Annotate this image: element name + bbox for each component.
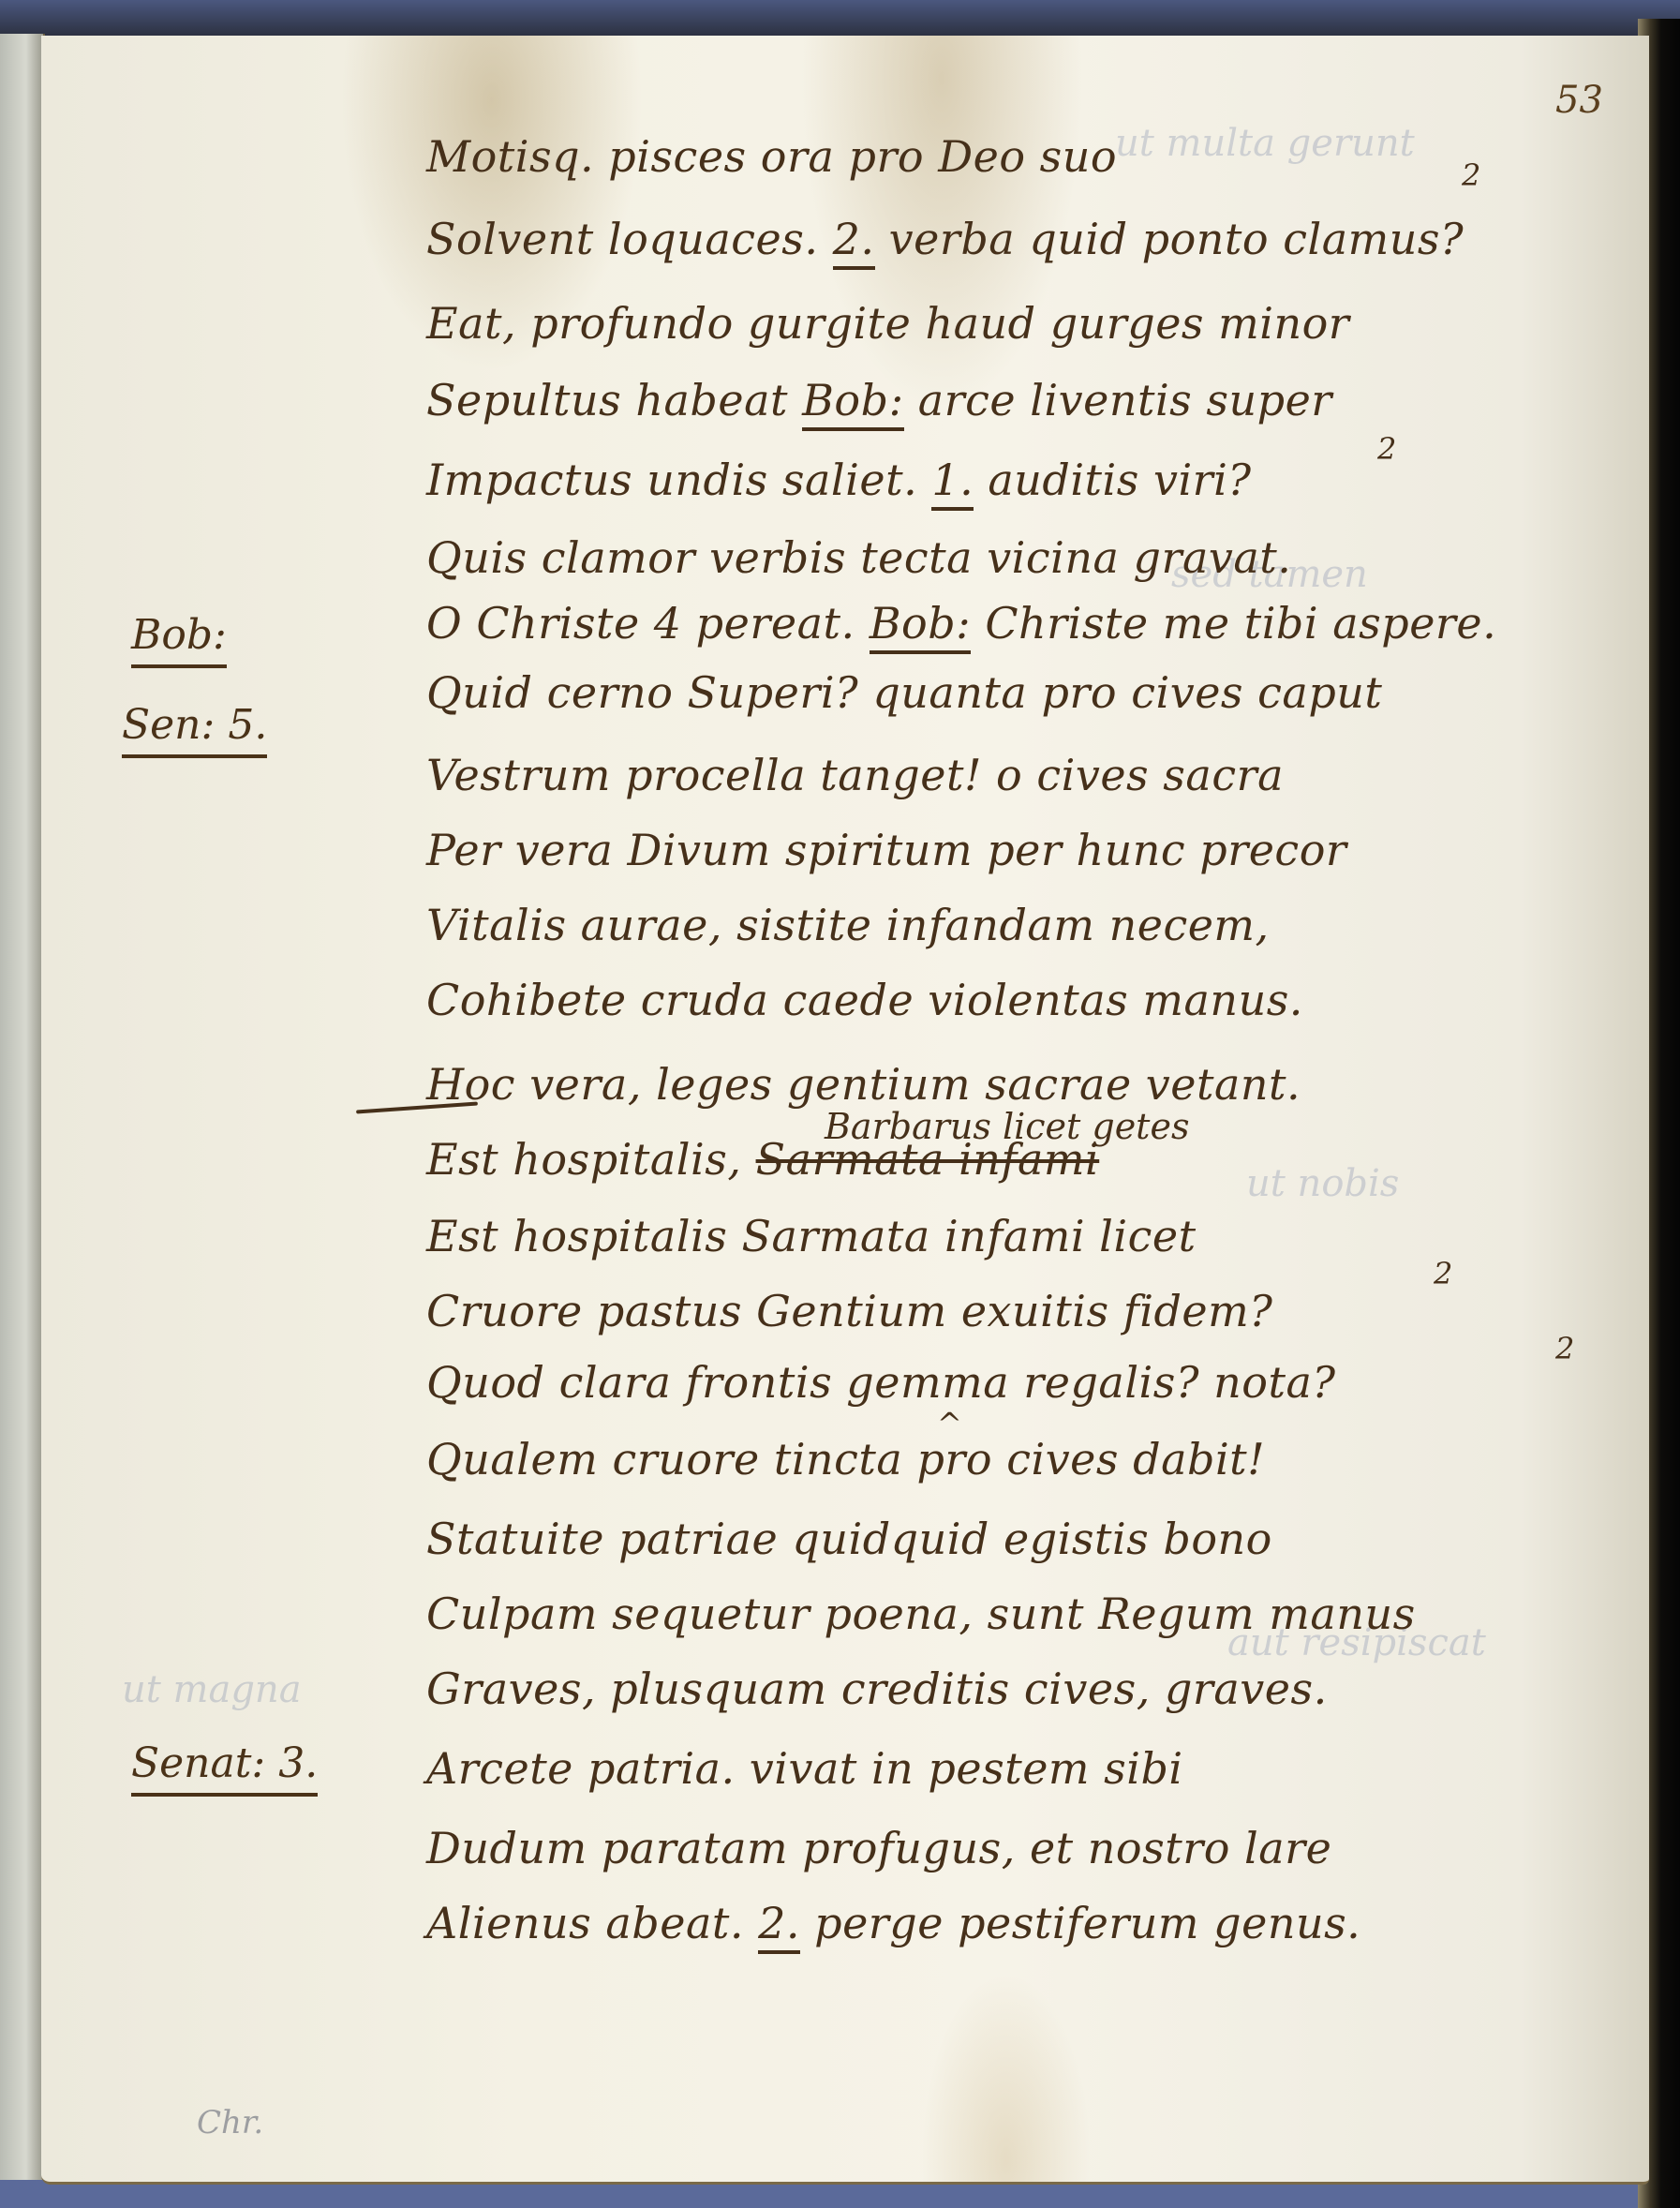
verse-line: Cohibete cruda caede violentas manus.	[426, 975, 1303, 1025]
struck-text: Sarmata infami	[756, 1134, 1100, 1185]
superscript-mark: 2	[1462, 157, 1480, 193]
superscript-mark: 2	[1377, 431, 1396, 467]
verse-line: Vestrum procella tanget! o cives sacra	[426, 750, 1284, 800]
folio-number: 53	[1555, 79, 1603, 122]
speaker-label-bob: Bob:	[131, 611, 227, 668]
speaker-label-senator-5: Sen: 5.	[122, 701, 267, 758]
superscript-mark: 2	[1555, 1331, 1574, 1366]
speaker-label-senate-3: Senat: 3.	[131, 1739, 318, 1797]
verse-line: Qualem cruore tincta pro cives dabit!	[426, 1434, 1265, 1484]
speaker-cue: 1.	[931, 455, 974, 511]
verse-line: Sepultus habeat Bob: arce liventis super	[426, 375, 1332, 425]
previous-leaf-edge	[0, 34, 45, 2180]
scan-backdrop-top	[0, 0, 1680, 37]
verse-line: Alienus abeat. 2. perge pestiferum genus…	[426, 1898, 1360, 1948]
verse-line: Est hospitalis, Sarmata infami	[426, 1134, 1099, 1185]
verse-line: Vitalis aurae, sistite infandam necem,	[426, 900, 1270, 950]
verse-line: O Christe 4 pereat. Bob: Christe me tibi…	[426, 598, 1496, 649]
superscript-mark: 2	[1434, 1256, 1452, 1291]
verse-line: Dudum paratam profugus, et nostro lare	[426, 1823, 1331, 1873]
verse-line: Est hospitalis Sarmata infami licet	[426, 1211, 1197, 1261]
verse-line: Eat, profundo gurgite haud gurges minor	[426, 298, 1349, 349]
verse-line: Quis clamor verbis tecta vicina gravat.	[426, 532, 1291, 583]
verse-line: Quid cerno Superi? quanta pro cives capu…	[426, 667, 1382, 718]
speaker-cue: Bob:	[802, 375, 903, 431]
speaker-cue: Bob:	[870, 598, 971, 654]
verse-line: Culpam sequetur poena, sunt Regum manus	[426, 1589, 1416, 1639]
speaker-cue: 2.	[833, 214, 875, 270]
pencil-margin-note: Chr.	[197, 2104, 263, 2141]
verse-line: Motisq. pisces ora pro Deo suo	[426, 131, 1117, 182]
verse-line: Statuite patriae quidquid egistis bono	[426, 1514, 1272, 1564]
speaker-cue: 2.	[758, 1898, 800, 1954]
verse-line: Hoc vera, leges gentium sacrae vetant.	[426, 1059, 1301, 1110]
verse-line: Impactus undis saliet. 1. auditis viri?	[426, 455, 1252, 505]
verse-line: Graves, plusquam creditis cives, graves.	[426, 1663, 1328, 1714]
verse-line: Quod clara frontis gemma regalis? nota?	[426, 1357, 1336, 1408]
verse-line: Arcete patria. vivat in pestem sibi	[426, 1743, 1183, 1794]
verse-line: Per vera Divum spiritum per hunc precor	[426, 825, 1346, 875]
verse-line: Cruore pastus Gentium exuitis fidem?	[426, 1286, 1272, 1336]
verse-line: Solvent loquaces. 2. verba quid ponto cl…	[426, 214, 1464, 264]
